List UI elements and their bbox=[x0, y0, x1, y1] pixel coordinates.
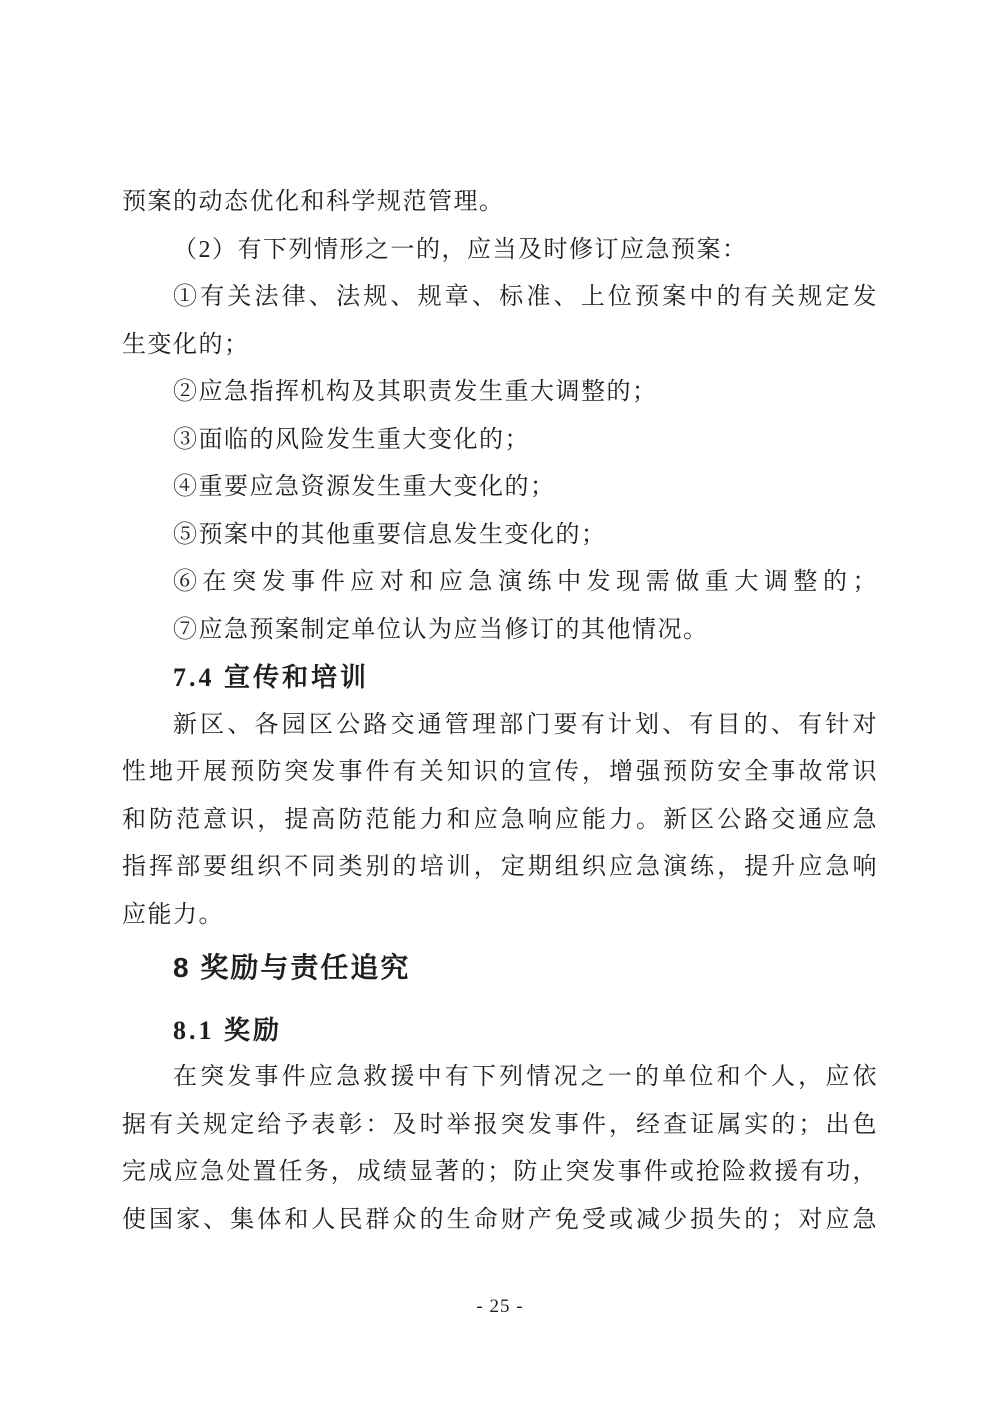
revision-item-1-line-1: ①有关法律、法规、规章、标准、上位预案中的有关规定发 bbox=[122, 274, 878, 322]
section-7-4-body-line-2: 性地开展预防突发事件有关知识的宣传，增强预防安全事故常识 bbox=[122, 749, 878, 797]
section-8-1-body-line-1: 在突发事件应急救援中有下列情况之一的单位和个人，应依 bbox=[122, 1054, 878, 1102]
revision-item-2: ②应急指挥机构及其职责发生重大调整的； bbox=[122, 369, 878, 417]
section-8-heading: 8 奖励与责任追究 bbox=[122, 944, 878, 992]
section-7-4-body-line-4: 指挥部要组织不同类别的培训，定期组织应急演练，提升应急响 bbox=[122, 844, 878, 892]
document-page: 预案的动态优化和科学规范管理。 （2）有下列情形之一的，应当及时修订应急预案： … bbox=[0, 0, 1000, 1414]
section-8-1-heading: 8.1 奖励 bbox=[122, 1007, 878, 1055]
revision-item-7: ⑦应急预案制定单位认为应当修订的其他情况。 bbox=[122, 607, 878, 655]
section-7-4-heading: 7.4 宣传和培训 bbox=[122, 654, 878, 702]
page-footer: - 25 - bbox=[0, 1296, 1000, 1318]
revision-item-1-line-2: 生变化的； bbox=[122, 322, 878, 370]
revision-item-3: ③面临的风险发生重大变化的； bbox=[122, 417, 878, 465]
paragraph-tail-line: 预案的动态优化和科学规范管理。 bbox=[122, 179, 878, 227]
revision-item-5: ⑤预案中的其他重要信息发生变化的； bbox=[122, 512, 878, 560]
page-number: - 25 - bbox=[476, 1296, 523, 1317]
section-7-4-body-line-3: 和防范意识，提高防范能力和应急响应能力。新区公路交通应急 bbox=[122, 797, 878, 845]
section-7-4-body-line-5: 应能力。 bbox=[122, 892, 878, 940]
revision-item-4: ④重要应急资源发生重大变化的； bbox=[122, 464, 878, 512]
section-8-1-body-line-4: 使国家、集体和人民群众的生命财产免受或减少损失的；对应急 bbox=[122, 1197, 878, 1245]
section-8-1-body-line-2: 据有关规定给予表彰：及时举报突发事件，经查证属实的；出色 bbox=[122, 1102, 878, 1150]
document-body: 预案的动态优化和科学规范管理。 （2）有下列情形之一的，应当及时修订应急预案： … bbox=[122, 179, 878, 1244]
section-8-1-body-line-3: 完成应急处置任务，成绩显著的；防止突发事件或抢险救援有功， bbox=[122, 1149, 878, 1197]
section-7-4-body-line-1: 新区、各园区公路交通管理部门要有计划、有目的、有针对 bbox=[122, 702, 878, 750]
clause-2-intro: （2）有下列情形之一的，应当及时修订应急预案： bbox=[122, 227, 878, 275]
revision-item-6: ⑥在突发事件应对和应急演练中发现需做重大调整的； bbox=[122, 559, 878, 607]
